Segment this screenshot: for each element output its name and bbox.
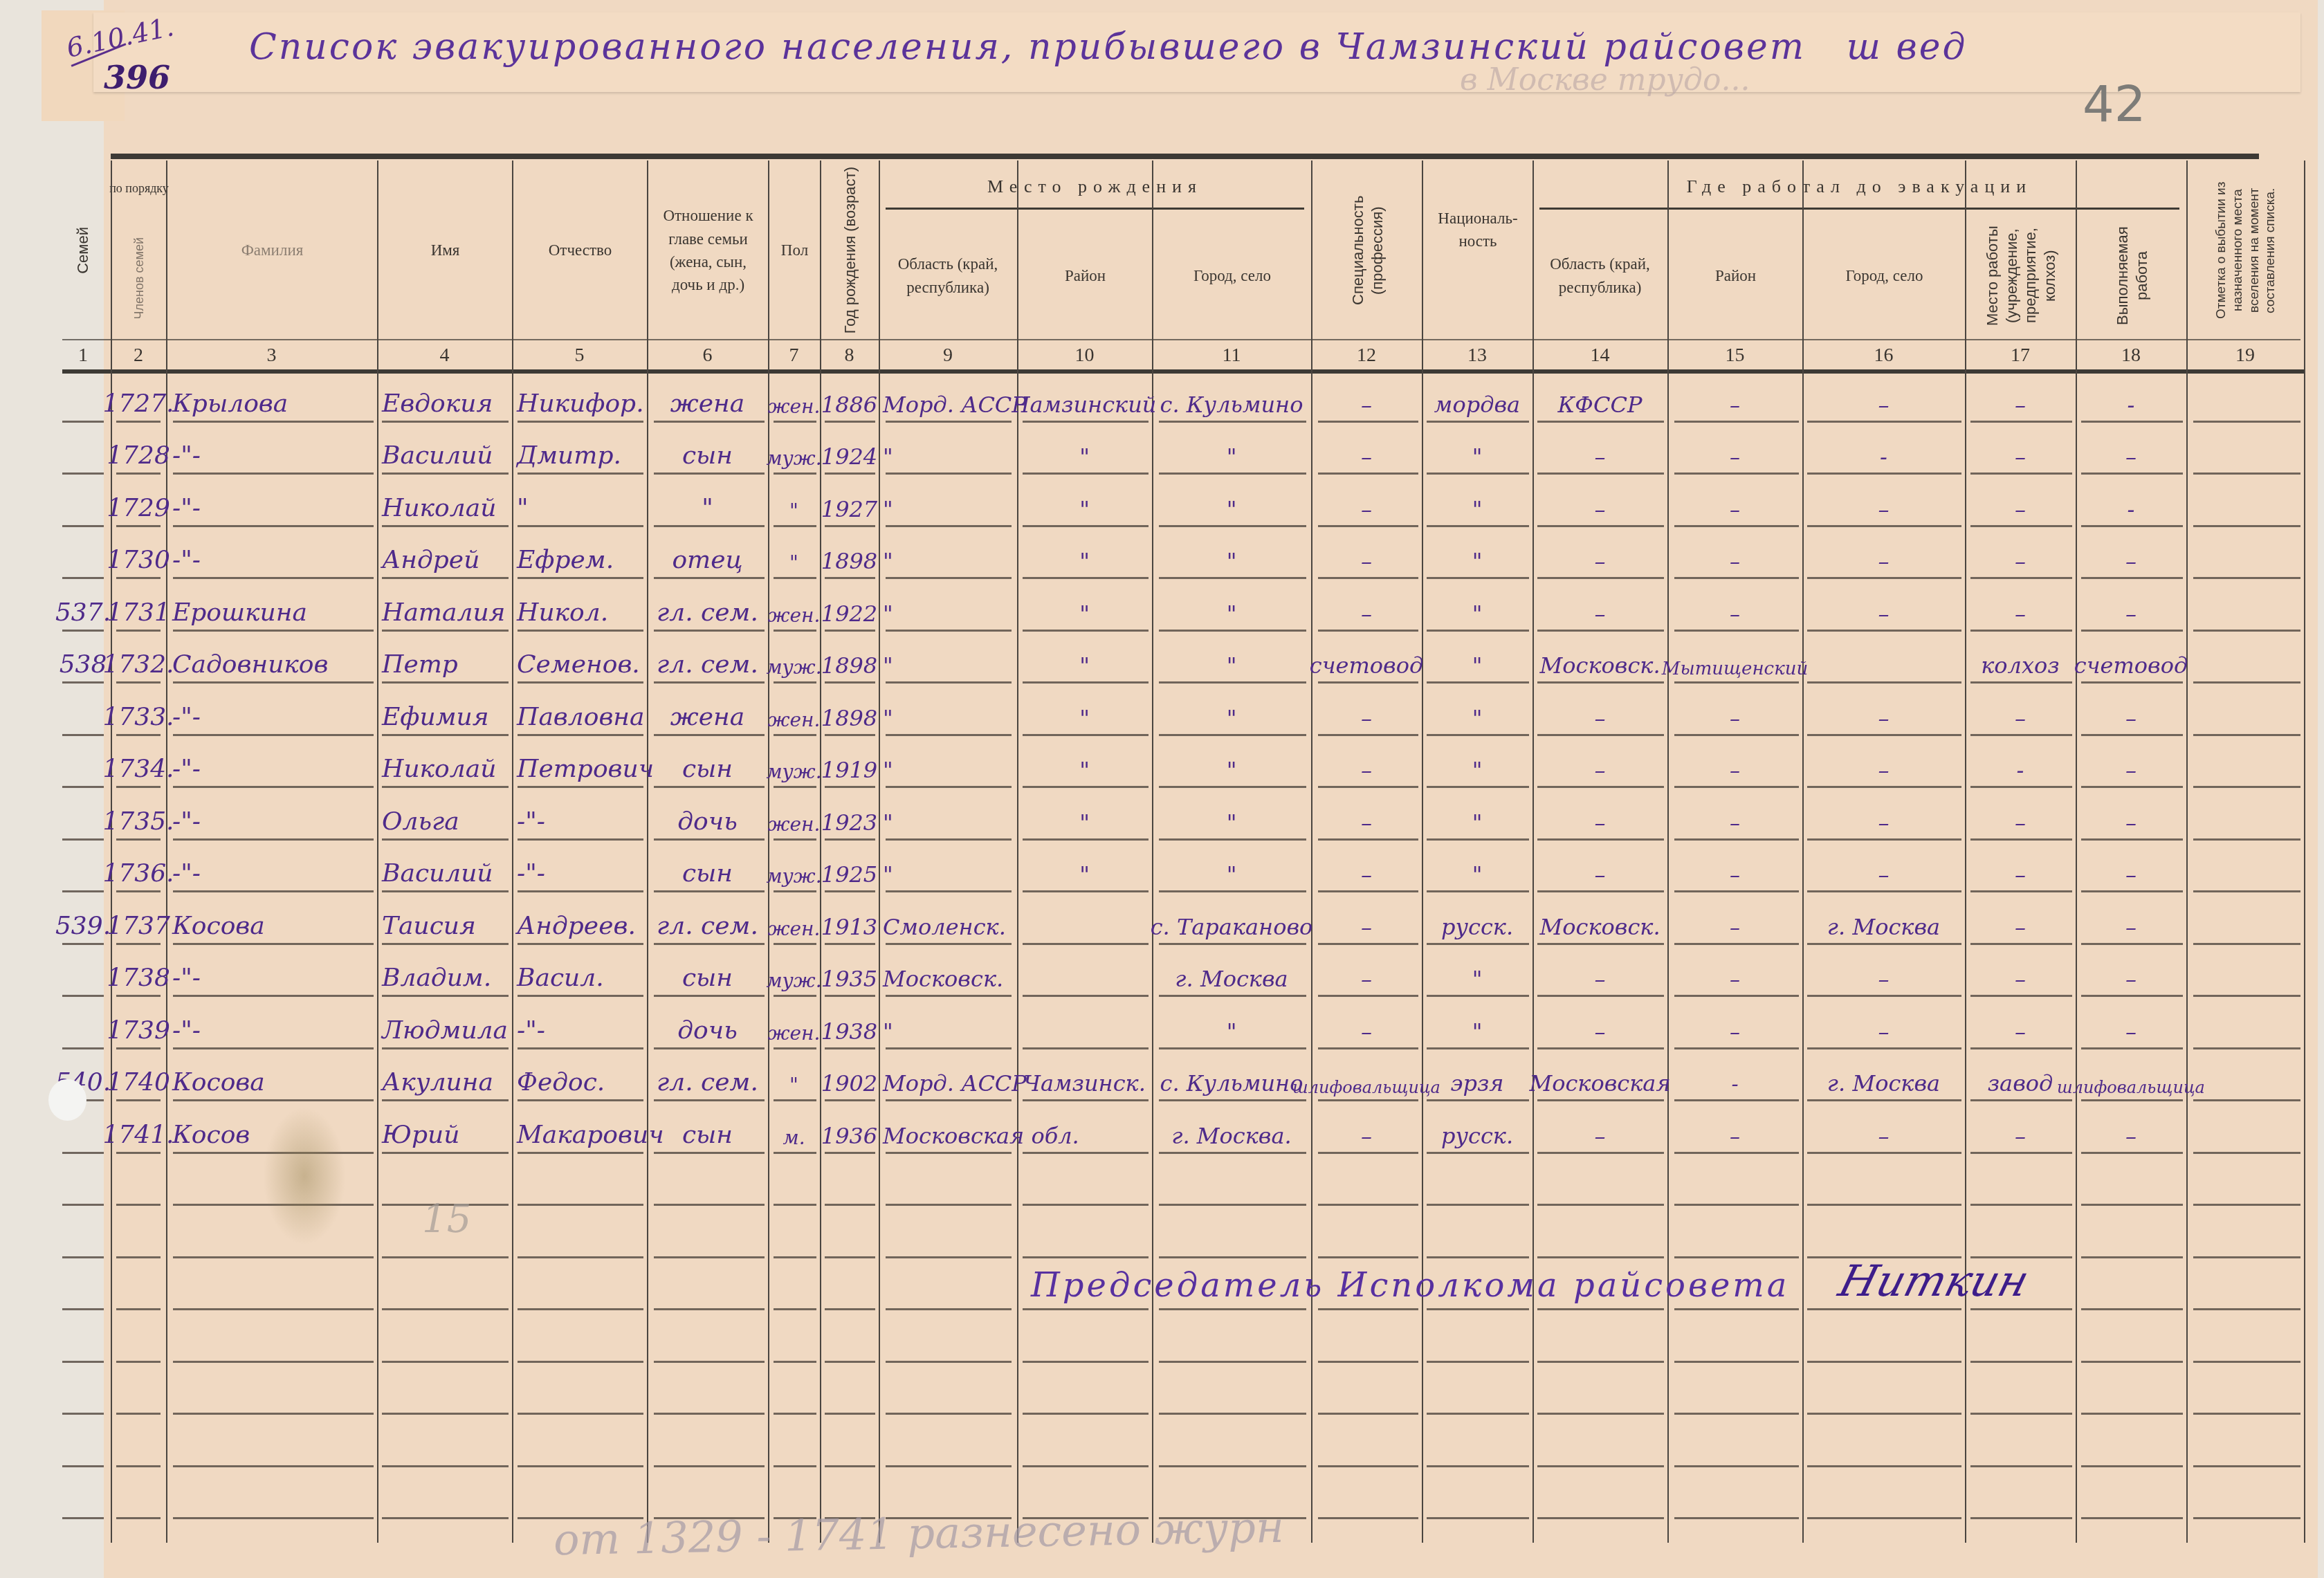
row-underline [1674,734,1799,736]
row-underline [1970,1047,2072,1049]
cell-job-performed: – [2076,791,2186,836]
row-underline [654,577,765,579]
cell-work-district: – [1667,426,1802,470]
row-underline [2193,1308,2300,1310]
cell-surname: -"- [170,740,377,784]
col-header-10: Район [1017,211,1152,340]
row-underline [518,577,643,579]
column-divider [2304,160,2305,1543]
cell-member-no: 1737 [111,896,166,940]
cell-departure-note [2186,844,2304,888]
row-underline [382,890,509,892]
col-header-5: Отчество [512,160,647,340]
row-underline [825,1047,875,1049]
cell-relation: сын [647,844,768,888]
cell-departure-note [2186,374,2304,418]
cell-job-performed: – [2076,844,2186,888]
column-divider [166,160,167,1543]
cell-profession: – [1311,1000,1422,1045]
cell-job-performed: - [2076,478,2186,522]
row-underline [886,1099,1012,1101]
cell-nationality: эрзя [1422,1053,1532,1097]
cell-work-town: - [1802,426,1965,470]
cell-relation: жена [647,687,768,731]
col-number: 17 [1965,345,2076,367]
row-underline [382,1256,509,1258]
row-underline [1159,995,1306,997]
row-underline [1159,681,1306,684]
row-underline [382,734,509,736]
row-underline [1970,630,2072,632]
cell-work-region: – [1532,948,1667,993]
row-underline [654,1465,765,1467]
col-header-2: Членов семей [111,216,166,340]
cell-member-no: 1728 [111,426,166,470]
col-header-1: Семей [55,160,111,340]
column-divider [377,160,378,1543]
row-underline [2081,630,2183,632]
row-underline [2081,1413,2183,1415]
cell-sex: муж. [768,948,820,993]
cell-workplace: – [1965,426,2076,470]
row-underline [886,1465,1012,1467]
cell-work-town: – [1802,948,1965,993]
col-header-label: Националь-ность [1430,207,1526,253]
row-underline [1537,890,1664,892]
cell-member-no: 1735. [111,791,166,836]
col-number: 19 [2186,345,2304,367]
cell-birth-region: Смоленск. [880,896,1017,940]
row-underline [1023,681,1149,684]
cell-surname: -"- [170,948,377,993]
row-underline [173,1099,374,1101]
cell-work-district: – [1667,948,1802,993]
row-underline [825,1256,875,1258]
row-underline [382,630,509,632]
row-underline [116,630,161,632]
cell-family-no [55,948,111,993]
cell-birth-district: Чамзинский [1017,374,1152,418]
row-underline [62,1465,104,1467]
cell-name: Николай [379,478,512,522]
row-underline [1318,473,1418,475]
cell-surname: -"- [170,426,377,470]
row-underline [654,786,765,788]
row-underline [62,890,104,892]
row-underline [1318,1361,1418,1363]
row-underline [2081,421,2183,423]
row-underline [654,734,765,736]
row-underline [173,577,374,579]
row-underline [886,1152,1012,1154]
cell-birth-town: с. Кульмино [1152,374,1311,418]
row-underline [62,630,104,632]
cell-work-town: г. Москва [1802,896,1965,940]
cell-birth-year: 1924 [820,426,879,470]
row-underline [654,1204,765,1206]
cell-nationality: " [1422,1000,1532,1045]
cell-birth-town: " [1152,478,1311,522]
row-underline [382,1517,509,1519]
cell-relation: сын [647,948,768,993]
row-underline [825,1465,875,1467]
row-underline [825,734,875,736]
row-underline [1318,681,1418,684]
row-underline [886,786,1012,788]
cell-sex: муж. [768,426,820,470]
row-underline [1023,1204,1149,1206]
cell-job-performed: – [2076,1000,2186,1045]
cell-job-performed: – [2076,687,2186,731]
row-underline [1427,995,1529,997]
cell-job-performed: шлифовальщица [2076,1053,2186,1097]
row-underline [1807,1152,1961,1154]
col-header-8: Год рождения (возраст) [820,160,879,340]
row-underline [116,734,161,736]
row-underline [1970,1465,2072,1467]
row-underline [825,577,875,579]
row-underline [1537,995,1664,997]
row-underline [886,890,1012,892]
col-header-label: Семей [73,227,93,274]
row-underline [116,1204,161,1206]
row-underline [1537,734,1664,736]
cell-name: Наталия [379,582,512,627]
cell-birth-district: " [1017,740,1152,784]
group-birthplace: Место рождения [879,176,1311,197]
row-underline [1023,734,1149,736]
cell-work-town: – [1802,687,1965,731]
cell-profession: – [1311,531,1422,575]
cell-work-district: – [1667,531,1802,575]
row-underline [1318,1517,1418,1519]
cell-sex: " [768,531,820,575]
row-underline [654,1256,765,1258]
cell-work-region: – [1532,791,1667,836]
row-underline [825,995,875,997]
cell-nationality: " [1422,791,1532,836]
cell-patronymic: Андреев. [514,896,647,940]
row-underline [1674,421,1799,423]
row-underline [382,577,509,579]
cell-member-no: 1732. [111,635,166,679]
row-underline [1674,1413,1799,1415]
row-underline [1674,1361,1799,1363]
row-underline [1159,1204,1306,1206]
cell-birth-region: " [880,582,1017,627]
cell-birth-district: " [1017,531,1152,575]
cell-workplace: – [1965,1105,2076,1149]
row-underline [2081,1099,2183,1101]
row-underline [1674,577,1799,579]
cell-birth-town: " [1152,426,1311,470]
row-underline [382,786,509,788]
row-underline [1023,1047,1149,1049]
cell-work-region: Московская [1532,1053,1667,1097]
row-underline [62,577,104,579]
row-underline [173,1256,374,1258]
row-underline [1970,1517,2072,1519]
cell-relation: гл. сем. [647,635,768,679]
cell-patronymic: Семенов. [514,635,647,679]
row-underline [1970,1152,2072,1154]
row-underline [2193,1361,2300,1363]
cell-sex: жен. [768,374,820,418]
row-underline [2081,1361,2183,1363]
cell-work-town: – [1802,1000,1965,1045]
col-number: 11 [1152,345,1311,367]
cell-surname: Косова [170,1053,377,1097]
row-underline [1537,1308,1664,1310]
row-underline [2081,1204,2183,1206]
cell-member-no: 1736. [111,844,166,888]
row-underline [1159,1256,1306,1258]
row-underline [886,1413,1012,1415]
cell-patronymic: Никифор. [514,374,647,418]
row-underline [1970,681,2072,684]
row-underline [116,1099,161,1101]
row-underline [2081,1465,2183,1467]
cell-birth-year: 1922 [820,582,879,627]
row-underline [1807,630,1961,632]
row-underline [116,1517,161,1519]
cell-job-performed: – [2076,740,2186,784]
cell-name: Петр [379,635,512,679]
cell-job-performed: - [2076,374,2186,418]
cell-name: Василий [379,426,512,470]
col-number: 16 [1802,345,1965,367]
row-underline [2081,1256,2183,1258]
col-number: 1 [55,345,111,367]
row-underline [62,1308,104,1310]
cell-birth-year: 1913 [820,896,879,940]
col-number: 6 [647,345,768,367]
row-underline [1970,421,2072,423]
col-header-label: Город, село [1193,264,1271,287]
row-underline [1970,473,2072,475]
row-underline [1318,1152,1418,1154]
cell-nationality: " [1422,948,1532,993]
row-underline [382,1099,509,1101]
col-header-label: Район [1715,264,1756,287]
cell-birth-year: 1902 [820,1053,879,1097]
title-suffix: ш вед [1847,26,1968,68]
col-header-label: Специальность (профессия) [1348,160,1387,340]
row-underline [1674,1204,1799,1206]
row-underline [1537,630,1664,632]
row-underline [1023,1256,1149,1258]
row-underline [2081,473,2183,475]
row-underline [62,1152,104,1154]
col-number: 3 [166,345,377,367]
row-underline [2193,1256,2300,1258]
row-underline [62,1361,104,1363]
cell-work-region: – [1532,844,1667,888]
col-header-4: Имя [377,160,512,340]
row-underline [1318,1413,1418,1415]
row-underline [1023,995,1149,997]
row-underline [2193,1047,2300,1049]
row-underline [774,421,816,423]
cell-job-performed: – [2076,582,2186,627]
row-underline [1674,1465,1799,1467]
cell-sex: жен. [768,1000,820,1045]
cell-birth-town: с. Тараканово [1152,896,1311,940]
row-underline [2081,995,2183,997]
row-underline [173,681,374,684]
row-underline [1674,1308,1799,1310]
row-underline [886,473,1012,475]
cell-work-town: – [1802,374,1965,418]
cell-work-district: – [1667,896,1802,940]
cell-departure-note [2186,948,2304,993]
row-underline [116,473,161,475]
row-underline [1023,1361,1149,1363]
row-underline [518,1204,643,1206]
row-underline [1674,473,1799,475]
row-underline [62,1204,104,1206]
cell-departure-note [2186,478,2304,522]
row-underline [382,1465,509,1467]
row-underline [774,473,816,475]
cell-birth-region: Морд. АССР [880,374,1017,418]
row-underline [2081,890,2183,892]
row-underline [1970,525,2072,527]
cell-workplace: – [1965,844,2076,888]
col-header-label: Пол [781,239,808,262]
row-underline [774,630,816,632]
row-underline [1318,890,1418,892]
row-underline [2193,1413,2300,1415]
cell-name: Таисия [379,896,512,940]
cell-birth-region: Московск. [880,948,1017,993]
col-header-6: Отношение к главе семьи (жена, сын, дочь… [647,160,768,340]
cell-departure-note [2186,1105,2304,1149]
group-label: по порядку [109,179,169,197]
col-header-label: Членов семей [131,237,147,319]
row-underline [2193,1465,2300,1467]
cell-sex: жен. [768,687,820,731]
cell-relation: гл. сем. [647,896,768,940]
cell-workplace: – [1965,582,2076,627]
row-underline [1537,1361,1664,1363]
cell-sex: муж. [768,844,820,888]
group-rule [1539,208,2179,210]
col-number: 5 [512,345,647,367]
col-number: 15 [1667,345,1802,367]
col-header-19: Отметка о выбытии из назначенного места … [2186,160,2304,340]
row-underline [1674,681,1799,684]
row-underline [2193,473,2300,475]
cell-nationality: мордва [1422,374,1532,418]
row-underline [1318,1047,1418,1049]
row-underline [1970,1308,2072,1310]
row-underline [1537,943,1664,945]
row-underline [1537,1204,1664,1206]
row-underline [654,1361,765,1363]
row-underline [1427,838,1529,841]
file-number: 396 [104,59,170,96]
row-underline [1427,890,1529,892]
cell-work-district: - [1667,1053,1802,1097]
row-underline [1159,734,1306,736]
cell-departure-note [2186,791,2304,836]
cell-sex: " [768,1053,820,1097]
cell-relation: " [647,478,768,522]
cell-job-performed: – [2076,948,2186,993]
cell-patronymic: Макарович [514,1105,647,1149]
row-underline [173,890,374,892]
cell-profession: – [1311,478,1422,522]
cell-birth-town: " [1152,740,1311,784]
row-underline [886,1256,1012,1258]
col-number: 2 [111,345,166,367]
row-underline [173,838,374,841]
page-number: 42 [2083,75,2146,133]
row-underline [1537,577,1664,579]
col-header-14: Область (край, республика) [1532,211,1667,340]
row-underline [1807,1361,1961,1363]
cell-work-town: – [1802,478,1965,522]
cell-birth-district: " [1017,791,1152,836]
row-underline [382,681,509,684]
row-underline [62,681,104,684]
row-underline [2193,1517,2300,1519]
row-underline [1318,525,1418,527]
cell-work-region: КФССР [1532,374,1667,418]
row-underline [173,1047,374,1049]
row-underline [116,1256,161,1258]
cell-birth-district: Чамзинск. [1017,1053,1152,1097]
cell-sex: жен. [768,582,820,627]
cell-member-no: 1738 [111,948,166,993]
cell-birth-town: " [1152,844,1311,888]
row-underline [518,1361,643,1363]
cell-name: Андрей [379,531,512,575]
cell-departure-note [2186,896,2304,940]
cell-departure-note [2186,1053,2304,1097]
row-underline [1023,890,1149,892]
cell-relation: дочь [647,791,768,836]
cell-patronymic: Федос. [514,1053,647,1097]
cell-surname: -"- [170,531,377,575]
cell-birth-district: " [1017,426,1152,470]
row-underline [825,1204,875,1206]
row-underline [774,995,816,997]
row-underline [1674,943,1799,945]
cell-member-no: 1734. [111,740,166,784]
row-underline [1023,473,1149,475]
cell-member-no: 1729 [111,478,166,522]
cell-work-region: – [1532,582,1667,627]
row-underline [1427,681,1529,684]
cell-birth-region: " [880,791,1017,836]
cell-work-region: – [1532,1105,1667,1149]
col-header-3: Фамилия [166,160,377,340]
cell-patronymic: Павловна [514,687,647,731]
row-underline [382,1413,509,1415]
row-underline [1807,1204,1961,1206]
row-underline [1159,1047,1306,1049]
row-underline [518,995,643,997]
row-underline [1970,734,2072,736]
row-underline [1159,838,1306,841]
cell-name: Юрий [379,1105,512,1149]
row-underline [1807,786,1961,788]
row-underline [382,995,509,997]
cell-work-town: – [1802,582,1965,627]
row-underline [1318,1256,1418,1258]
